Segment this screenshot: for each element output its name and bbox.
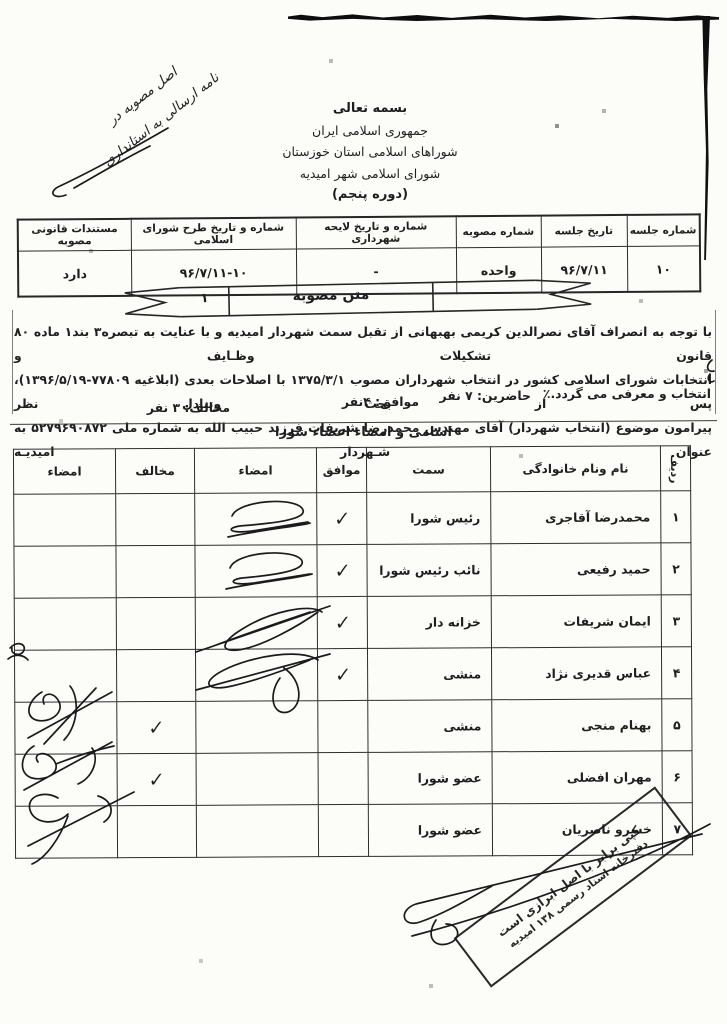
member-row-6: ۶مهران افضلیعضو شورا✓ [15,751,692,807]
col-row-no: ردیف [660,446,690,491]
present-count: حاضرین: ۷ نفر [439,388,531,403]
member-role: عضو شورا [368,804,492,857]
oppose-checkmark: ✓ [148,768,164,792]
member-signature-oppose-cell [14,546,116,599]
banner-number: ۱ [180,291,229,307]
member-signature-oppose-cell [14,598,116,651]
member-name: بهنام منجی [492,699,662,752]
col-agree: موافق [316,447,366,492]
member-oppose-cell [117,805,196,857]
member-agree-cell [318,804,368,856]
agree-checkmark: ✓ [334,663,350,687]
member-signature-agree-cell [195,493,317,546]
members-section-title: اسامی و امضاء اعضاء شورا [0,425,727,440]
member-row-no: ۴ [661,647,691,699]
letterhead-org: شوراهای اسلامی استان خوزستان [180,141,560,163]
member-name: مهران افضلی [492,751,662,804]
member-name: محمدرضا آقاجری [491,491,661,544]
member-signature-agree-cell [195,649,317,702]
oppose-count: مخالف: ۳ نفر [147,400,230,415]
member-oppose-cell [116,545,195,597]
member-agree-cell: ✓ [317,492,367,544]
member-row-5: ۵بهنام منجیمنشی✓ [15,699,692,755]
member-signature-oppose-cell [15,754,117,807]
letterhead: بسمه تعالی جمهوری اسلامی ایران شوراهای ا… [180,98,560,206]
col-position: سمت [366,447,490,493]
members-table: ردیف نام ونام خانوادگی سمت موافق امضاء م… [13,445,693,859]
member-oppose-cell [116,649,195,701]
member-row-1: ۱محمدرضا آقاجریرئیس شورا✓ [14,491,691,547]
member-signature-agree-cell [196,701,318,754]
meta-val-session-no: ۱۰ [627,246,700,292]
member-agree-cell: ✓ [317,596,367,648]
member-signature-agree-cell [196,753,318,806]
member-role: خزانه دار [367,596,491,649]
member-agree-cell: ✓ [317,544,367,596]
meta-col-session-no: شماره جلسه [627,214,700,246]
member-row-no: ۱ [661,491,691,543]
member-role: عضو شورا [368,752,492,805]
scanned-document-page: اصل مصوبه در نامه ارسالی به استانداری بس… [0,0,727,1024]
member-oppose-cell [116,597,195,649]
resolution-closing: انتخاب و معرفی می گردد.٪ [543,386,711,401]
resolution-line-1: با توجه به انصراف آقای نصرالدین کریمی به… [14,320,712,368]
member-signature-agree-cell [196,805,318,858]
agree-checkmark: ✓ [334,507,350,531]
meta-col-plan: شماره و تاریخ طرح شورای اسلامی [131,217,296,250]
col-signature-oppose: امضاء [13,449,115,495]
bismillah: بسمه تعالی [180,98,560,120]
col-full-name: نام ونام خانوادگی [490,446,660,492]
member-signature-oppose-cell [14,494,116,547]
member-row-no: ۳ [661,595,691,647]
member-oppose-cell: ✓ [117,753,196,805]
member-row-3: ۳ایمان شریفاتخزانه دار✓ [14,595,691,651]
member-signature-oppose-cell [14,650,116,703]
member-name: حمید رفیعی [491,543,661,596]
member-role: رئیس شورا [367,492,491,545]
member-agree-cell [318,700,368,752]
meta-val-legal: دارد [18,250,131,296]
member-oppose-cell: ✓ [117,701,196,753]
scan-speckles [0,0,2,2]
member-row-no: ۵ [662,699,692,751]
member-role: منشی [368,700,492,753]
member-signature-oppose-cell [15,702,117,755]
meta-col-bill: شماره و تاریخ لایحه شهرداری [296,216,456,249]
letterhead-term: (دوره پنجم) [180,184,560,206]
member-role: منشی [367,648,491,701]
meta-col-legal: مستندات قانونی مصوبه [18,219,131,251]
member-signature-agree-cell [195,545,317,598]
agree-count: موافق: ۴نفر [342,394,419,409]
member-name: عباس قدیری نژاد [491,647,661,700]
agree-checkmark: ✓ [334,611,350,635]
scan-artifact-top-line [288,14,719,21]
meta-col-resolution-no: شماره مصوبه [456,216,541,248]
meta-col-session-date: تاریخ جلسه [541,215,627,247]
member-agree-cell [318,752,368,804]
member-signature-oppose-cell [15,806,117,859]
member-row-2: ۲حمید رفیعینائب رئیس شورا✓ [14,543,691,599]
oppose-checkmark: ✓ [148,716,164,740]
member-oppose-cell [116,493,195,545]
member-name: ایمان شریفات [491,595,661,648]
scan-artifact-right-line [701,16,710,260]
member-row-4: ۴عباس قدیری نژادمنشی✓ [14,647,691,703]
col-signature-agree: امضاء [194,448,316,494]
member-agree-cell: ✓ [317,648,367,700]
col-oppose: مخالف [115,448,194,493]
member-signature-agree-cell [195,597,317,650]
member-row-no: ۶ [662,751,692,803]
member-row-no: ۲ [661,543,691,595]
members-table-header-row: ردیف نام ونام خانوادگی سمت موافق امضاء م… [13,446,690,495]
agree-checkmark: ✓ [334,559,350,583]
letterhead-council: شورای اسلامی شهر امیدیه [180,163,560,185]
member-role: نائب رئیس شورا [367,544,491,597]
letterhead-country: جمهوری اسلامی ایران [180,120,560,142]
